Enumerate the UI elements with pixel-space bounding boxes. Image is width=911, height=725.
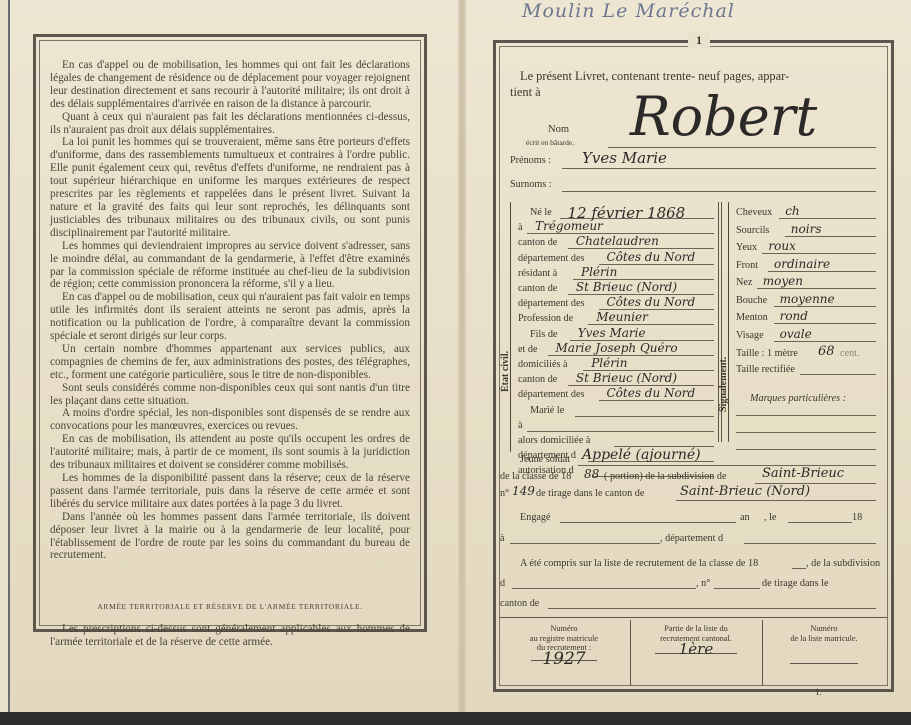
prenoms-label: Prénoms : <box>510 155 551 166</box>
signalement-label-7: Visage <box>736 330 764 341</box>
paragraph: Les hommes de la disponibilité passent d… <box>50 472 410 511</box>
left-page-frame: En cas d'appel ou de mobilisation, les h… <box>33 34 427 632</box>
etat-civil-label-0: Né le <box>530 207 552 218</box>
paragraph: En cas de mobilisation, ils attendent au… <box>50 433 410 472</box>
jeune-soldat-label: Jeune soldat <box>520 454 570 465</box>
surnoms-line <box>562 191 876 192</box>
paragraph: La loi punit les hommes qui se trouverai… <box>50 136 410 239</box>
classe-prefix: de la classe de 18 <box>500 471 571 482</box>
marques-label: Marques particulières : <box>750 393 846 404</box>
signalement-label-2: Yeux <box>736 242 757 253</box>
etat-civil-value-2: Chatelaudren <box>576 234 659 248</box>
etat-civil-label-2: canton de <box>518 237 557 248</box>
tirage-mid: de tirage dans le canton de <box>536 488 644 499</box>
liste-no: , n° <box>696 578 710 589</box>
paragraph: En cas d'appel ou de mobilisation, les h… <box>50 59 410 111</box>
paragraph: En cas d'appel ou de mobilisation, ceux … <box>50 291 410 343</box>
signalement-label-1: Sourcils <box>736 225 769 236</box>
etat-civil-value-8: Yves Marie <box>578 326 646 340</box>
signalement-label: Signalement. <box>718 357 729 412</box>
liste-canton-line <box>548 608 876 609</box>
etat-civil-label-12: département des <box>518 389 584 400</box>
signalement-value-4: moyen <box>763 274 803 288</box>
etat-civil-line <box>575 416 714 417</box>
signalement-line <box>757 288 876 289</box>
paragraph: Sont seuls considérés comme non-disponib… <box>50 382 410 408</box>
paragraph: A moins d'ordre spécial, les non-disponi… <box>50 407 410 433</box>
prenoms-line <box>562 168 876 169</box>
tirage-value: 149 <box>512 484 535 498</box>
engage-dept: , département d <box>660 533 723 544</box>
engage-place-line <box>510 543 660 544</box>
etat-civil-value-11: St Brieuc (Nord) <box>576 371 677 385</box>
signalement-value-3: ordinaire <box>774 257 830 271</box>
nom-label: Nom <box>548 124 569 135</box>
etat-civil-label-15: alors domiciliée à <box>518 435 590 446</box>
left-page-text: En cas d'appel ou de mobilisation, les h… <box>39 40 421 626</box>
etat-civil-label-9: et de <box>518 344 538 355</box>
paragraph: Dans l'année où les hommes passent dans … <box>50 511 410 563</box>
liste-matricule-line <box>790 663 858 664</box>
marques-line <box>736 415 876 416</box>
book-gutter <box>458 0 466 718</box>
nom-line <box>608 147 876 148</box>
etat-civil-label-13: Marié le <box>530 405 564 416</box>
etat-civil-line <box>548 355 715 356</box>
engage-dept-line <box>744 543 876 544</box>
taille-value: 68 <box>818 344 835 359</box>
nom-value: Robert <box>630 87 817 147</box>
signalement-label-4: Nez <box>736 277 752 288</box>
liste-matricule-header: Numéro de la liste matricule. <box>763 624 885 643</box>
page-footer-mark: 1. <box>815 687 822 697</box>
liste-subdivision: , de la subdivision <box>806 558 880 569</box>
tirage-canton-line <box>676 500 876 501</box>
paragraph: Les hommes qui deviendraient impropres a… <box>50 240 410 292</box>
jeune-soldat-value: Appelé (ajourné) <box>582 447 701 463</box>
intro-line-2: tient à <box>510 85 541 100</box>
subdivision-value: Saint-Brieuc <box>762 466 844 481</box>
tirage-canton-value: Saint-Brieuc (Nord) <box>680 484 810 499</box>
signalement-line <box>785 236 876 237</box>
section-title: ARMÉE TERRITORIALE ET RÉSERVE DE L'ARMÉE… <box>50 602 410 611</box>
etat-civil-value-4: Plérin <box>581 265 617 279</box>
etat-civil-label-5: canton de <box>518 283 557 294</box>
signalement-line <box>762 253 876 254</box>
tirage-prefix: n° <box>500 488 509 499</box>
registre-matricule-cell: Numéro au registre matricule du recrutem… <box>500 618 628 682</box>
liste-d: d <box>500 578 505 589</box>
etat-civil-line <box>599 400 715 401</box>
engage-an: an <box>740 512 750 523</box>
signalement-label-5: Bouche <box>736 295 767 306</box>
signalement-line <box>774 341 876 342</box>
etat-civil-value-10: Plérin <box>591 356 627 370</box>
etat-civil-label: État civil. <box>500 351 511 392</box>
paragraph: Quant à ceux qui n'auraient pas fait les… <box>50 111 410 137</box>
signalement-label-3: Front <box>736 260 758 271</box>
etat-civil-value-6: Côtes du Nord <box>607 295 696 309</box>
surnoms-label: Surnoms : <box>510 179 552 190</box>
taille-label: Taille : 1 mètre <box>736 348 798 359</box>
etat-civil-value-1: Trégomeur <box>535 219 603 233</box>
table-surface <box>0 712 911 725</box>
etat-civil-label-4: résidant à <box>518 268 557 279</box>
liste-no-line <box>714 588 760 589</box>
marques-line <box>736 432 876 433</box>
etat-civil-value-12: Côtes du Nord <box>607 386 696 400</box>
etat-civil-label-6: département des <box>518 298 584 309</box>
classe-value: 88 <box>584 467 599 481</box>
etat-civil-label-3: département des <box>518 253 584 264</box>
signalement-label-6: Menton <box>736 312 768 323</box>
signalement-value-7: ovale <box>780 327 812 341</box>
intro-line-1: Le présent Livret, contenant trente- neu… <box>520 69 789 84</box>
liste-cantonale-value: 1ère <box>631 645 761 655</box>
etat-civil-label-10: domiciliés à <box>518 359 568 370</box>
signalement-value-0: ch <box>785 204 799 218</box>
engage-line <box>560 522 736 523</box>
page-number: 1 <box>688 33 710 48</box>
open-booklet: En cas d'appel ou de mobilisation, les h… <box>0 0 911 718</box>
etat-civil-line <box>527 431 714 432</box>
classe-mid: ( portion) de la subdivision de <box>604 471 727 482</box>
engage-le: , le <box>764 512 776 523</box>
signalement-value-2: roux <box>768 239 795 253</box>
marques-line <box>736 449 876 450</box>
liste-subdivision-line <box>512 588 696 589</box>
engage-a: à <box>500 533 505 544</box>
engage-label: Engagé <box>520 512 551 523</box>
nom-sublabel: écrit en bâtarde. <box>526 138 574 147</box>
right-page-form: 1 Le présent Livret, contenant trente- n… <box>499 46 888 686</box>
signalement-line <box>774 306 876 307</box>
taille-rectifiee-label: Taille rectifiée <box>736 364 795 375</box>
etat-civil-label-11: canton de <box>518 374 557 385</box>
signalement-value-6: rond <box>780 309 808 323</box>
signalement-line <box>768 271 876 272</box>
section-paragraph: Les prescriptions ci-dessus sont général… <box>50 623 410 649</box>
liste-cantonale-cell: Partie de la liste du recrutement canton… <box>631 618 761 682</box>
etat-civil-label-7: Profession de <box>518 313 573 324</box>
liste-line-1: A été compris sur la liste de recrutemen… <box>520 558 758 569</box>
right-page-frame: 1 Le présent Livret, contenant trente- n… <box>493 40 894 692</box>
etat-civil-value-7: Meunier <box>596 310 648 324</box>
signalement-value-1: noirs <box>791 222 822 236</box>
recruitment-table: Numéro au registre matricule du recrutem… <box>500 617 887 678</box>
liste-classe-line <box>792 568 806 569</box>
signalement-label-0: Cheveux <box>736 207 772 218</box>
signalement-line <box>774 323 876 324</box>
registre-matricule-value: 1927 <box>500 655 628 665</box>
etat-civil-value-9: Marie Joseph Quéro <box>556 341 678 355</box>
taille-rectifiee-line <box>800 374 876 375</box>
signalement-line <box>779 218 876 219</box>
signalement-value-5: moyenne <box>780 292 835 306</box>
handwritten-header: Moulin Le Maréchal <box>522 0 735 22</box>
engage-date-line <box>788 522 852 523</box>
etat-civil-label-14: à <box>518 420 523 431</box>
paragraph: Un certain nombre d'hommes appartenant a… <box>50 343 410 382</box>
liste-matricule-cell: Numéro de la liste matricule. <box>763 618 885 682</box>
taille-unit: cent. <box>840 348 860 359</box>
liste-canton: canton de <box>500 598 539 609</box>
prenoms-value: Yves Marie <box>582 149 667 167</box>
etat-civil-label-1: à <box>518 222 523 233</box>
liste-tirage: de tirage dans le <box>762 578 828 589</box>
etat-civil-brace <box>510 202 511 452</box>
etat-civil-value-3: Côtes du Nord <box>607 250 696 264</box>
etat-civil-value-5: St Brieuc (Nord) <box>576 280 677 294</box>
engage-18: 18 <box>852 512 862 523</box>
etat-civil-label-8: Fils de <box>530 329 557 340</box>
